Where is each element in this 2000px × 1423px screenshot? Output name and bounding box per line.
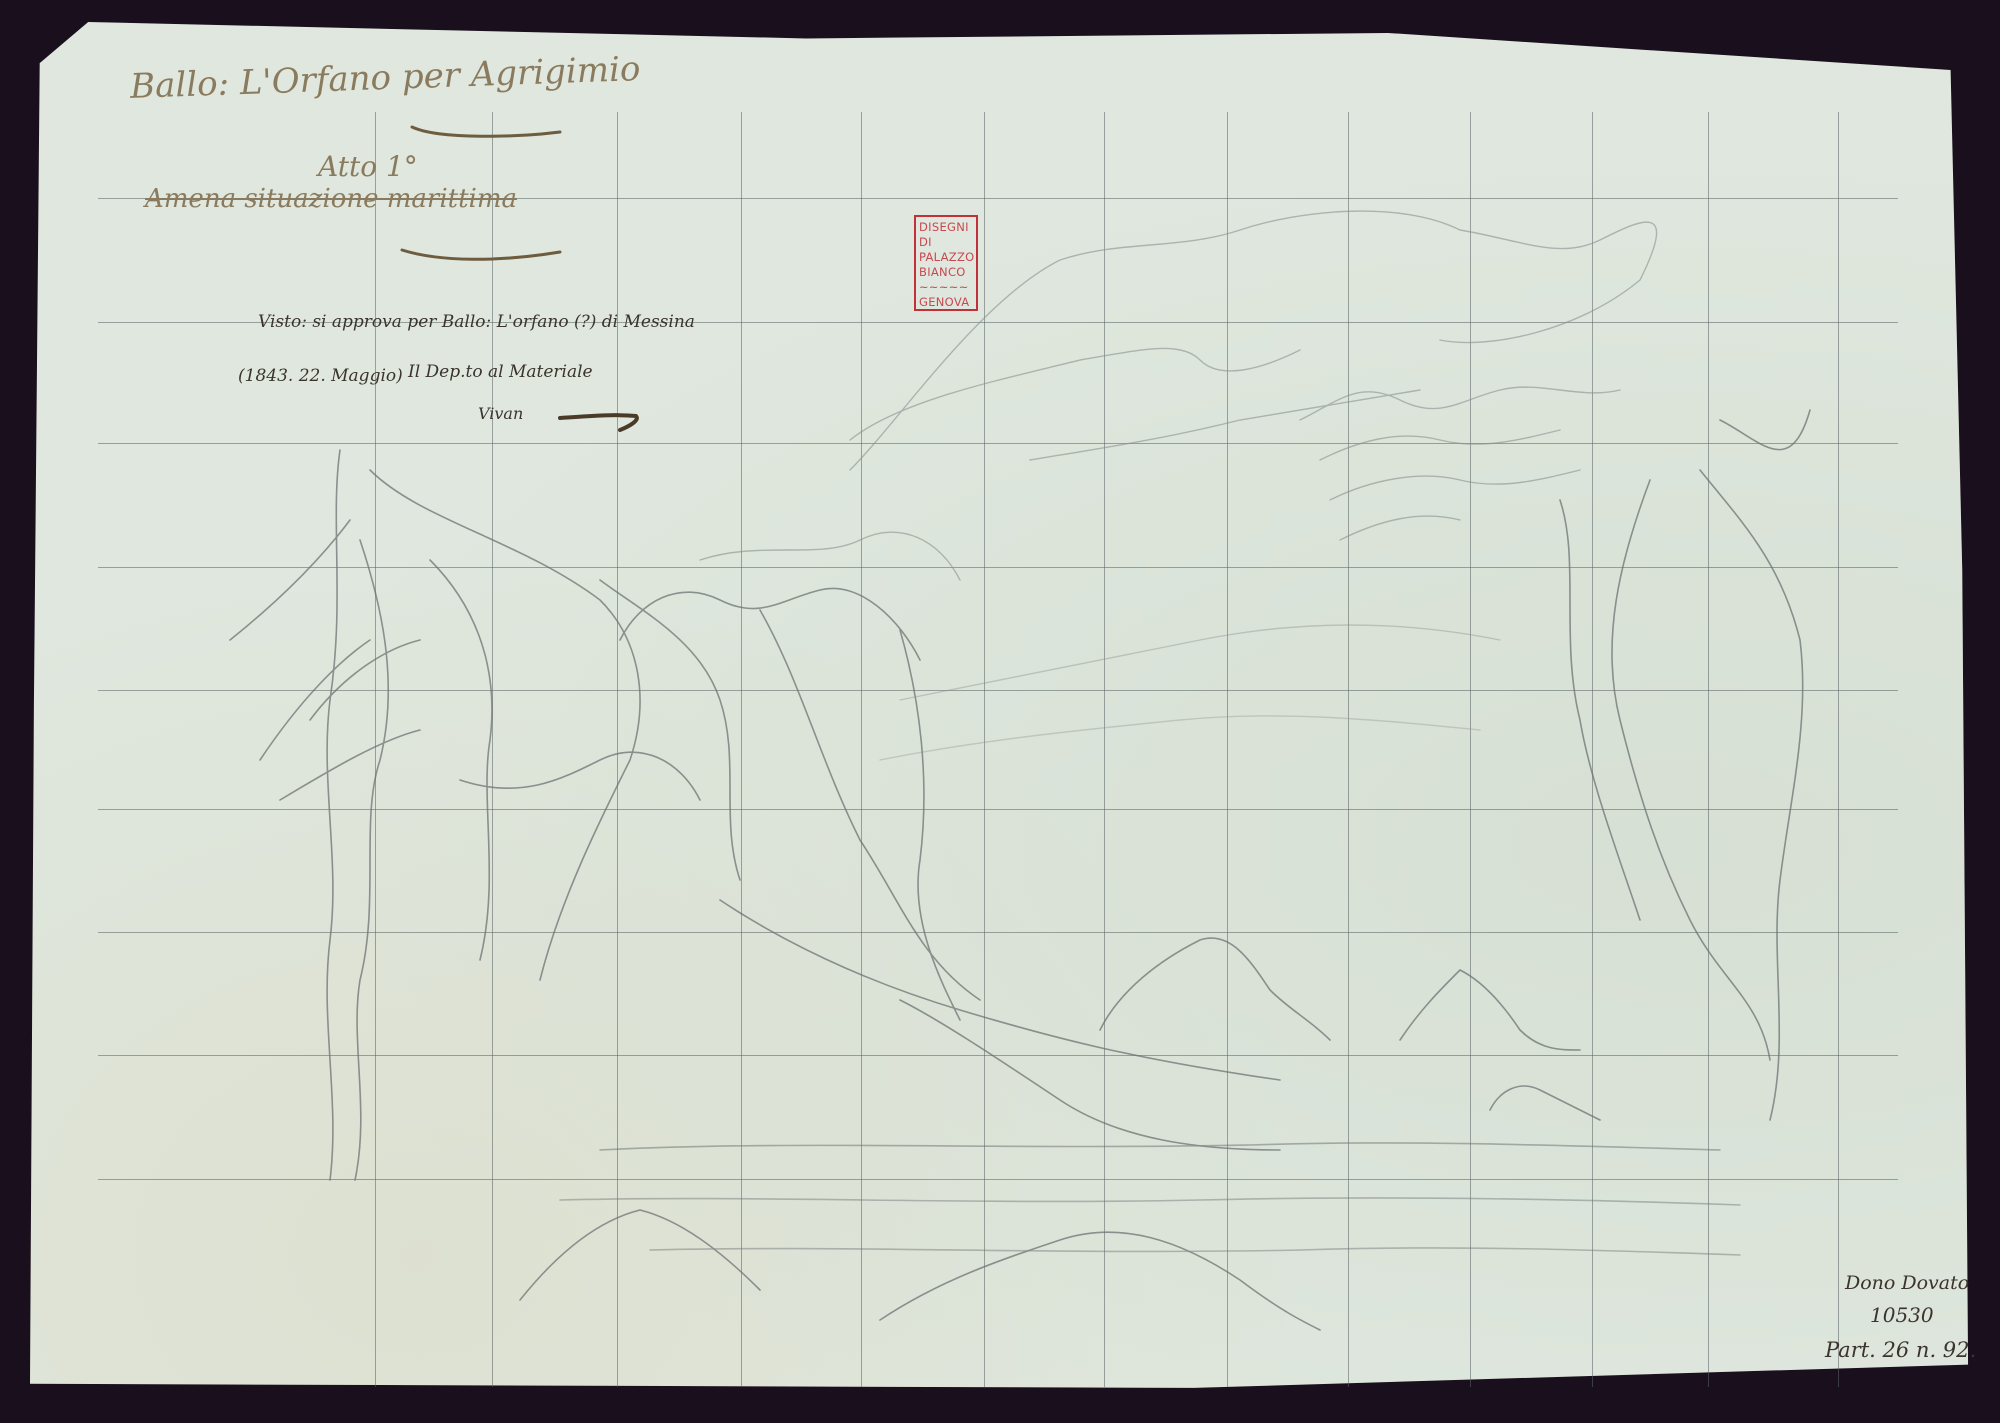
approval-note-date: (1843. 22. Maggio) xyxy=(238,366,403,386)
approval-note-department: Il Dep.to al Materiale xyxy=(408,362,593,382)
collection-stamp: DISEGNI DI PALAZZO BIANCO ~~~~~ GENOVA xyxy=(914,215,978,311)
stamp-wave-icon: ~~~~~ xyxy=(919,280,973,295)
heading-act: Atto 1° xyxy=(318,150,418,183)
stamp-line: GENOVA xyxy=(919,295,973,310)
stamp-line: DI xyxy=(919,235,973,250)
stamp-line: DISEGNI xyxy=(919,220,973,235)
inventory-donor: Dono Dovato xyxy=(1845,1272,1969,1294)
stamp-line: PALAZZO xyxy=(919,250,973,265)
inventory-number: 10530 xyxy=(1870,1303,1934,1327)
inventory-part: Part. 26 n. 92. xyxy=(1825,1338,1976,1362)
approval-note-line1: Visto: si approva per Ballo: L'orfano (?… xyxy=(258,312,695,332)
heading-struck-scene: Amena situazione marittima xyxy=(145,184,517,214)
approval-signature: Vivan xyxy=(478,404,523,423)
stamp-line: BIANCO xyxy=(919,265,973,280)
